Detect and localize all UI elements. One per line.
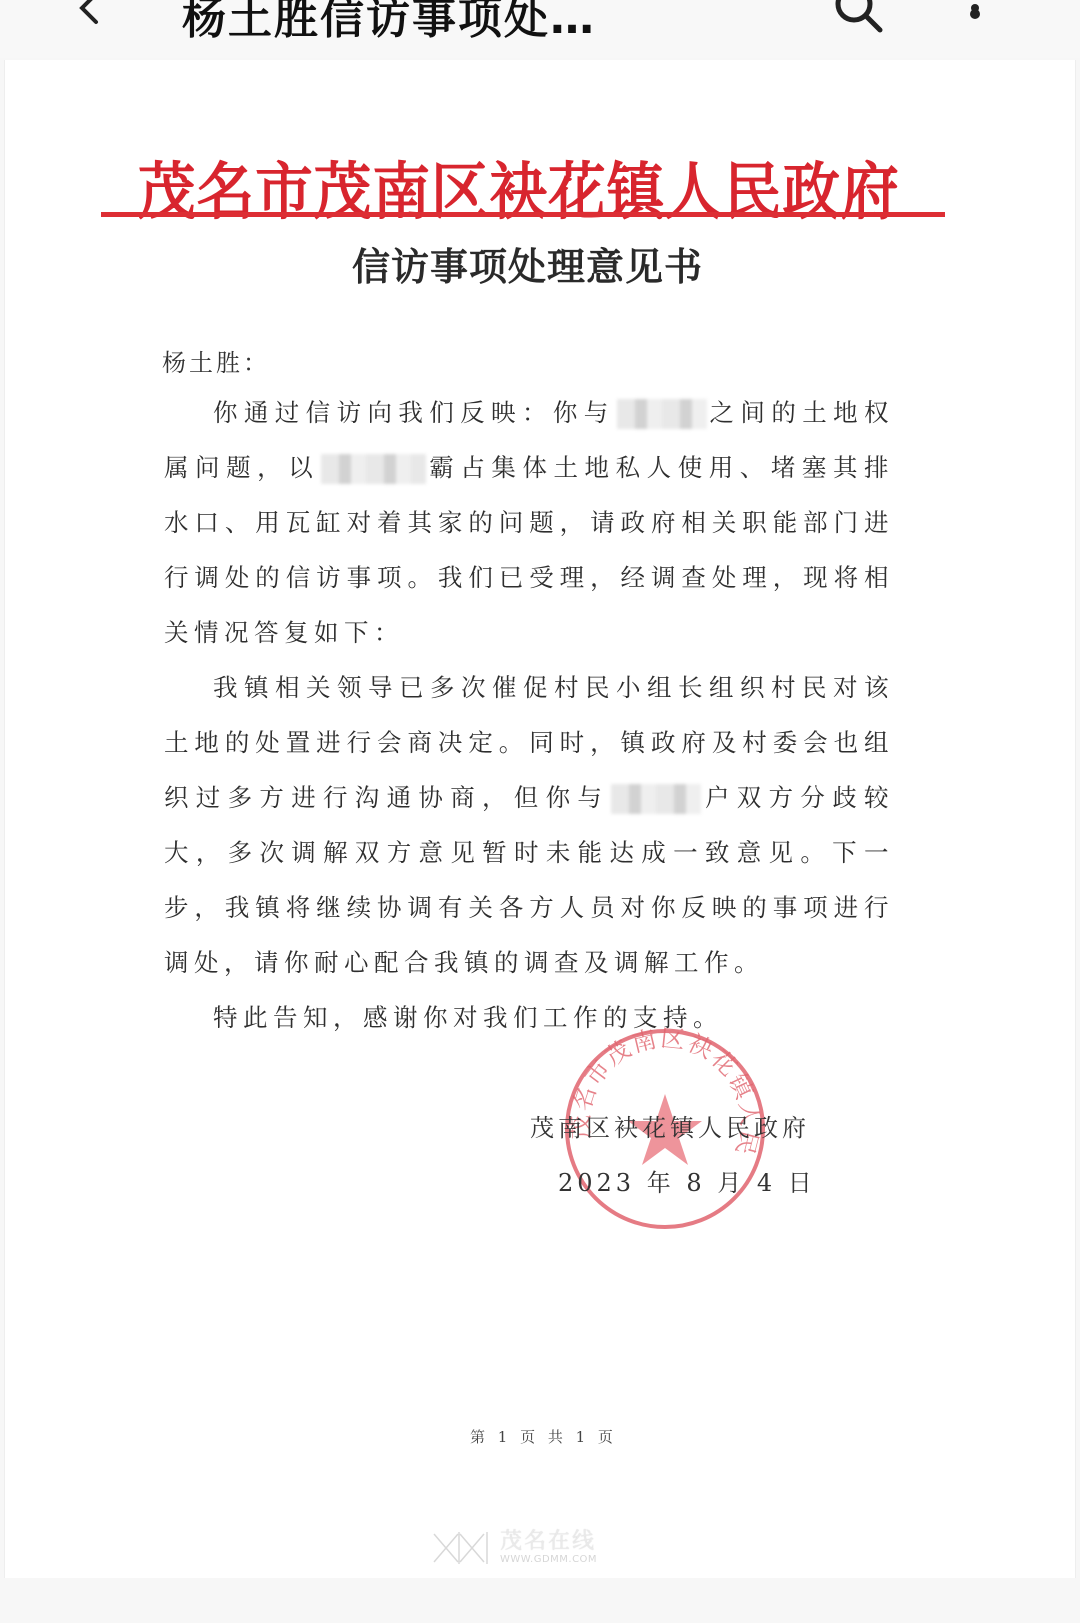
paragraph-2: 我镇相关领导已多次催促村民小组长组织村民对该土地的处置进行会商决定。同时，镇政府… [164, 660, 894, 990]
back-arrow-icon[interactable] [70, 0, 110, 28]
page-number: 第 1 页 共 1 页 [470, 1426, 617, 1447]
watermark-logo-icon [430, 1530, 490, 1566]
letter-body: 你通过信访向我们反映：你与之间的土地权属问题，以霸占集体土地私人使用、堵塞其排水… [164, 385, 894, 1045]
signatory: 茂南区袂花镇人民政府 [530, 1108, 810, 1143]
paragraph-1: 你通过信访向我们反映：你与之间的土地权属问题，以霸占集体土地私人使用、堵塞其排水… [164, 385, 894, 660]
redacted-name [321, 454, 426, 484]
more-vertical-icon[interactable] [960, 0, 990, 40]
redacted-name [611, 784, 701, 814]
watermark-url: WWW.GDMM.COM [500, 1554, 597, 1566]
paragraph-3: 特此告知，感谢你对我们工作的支持。 [164, 990, 894, 1045]
page-title: 杨土胜信访事项处… [182, 0, 596, 46]
redacted-name [617, 399, 707, 429]
issue-date: 2023 年 8 月 4 日 [558, 1163, 816, 1198]
document-title: 信访事项处理意见书 [352, 236, 703, 291]
watermark: 茂名在线 WWW.GDMM.COM [430, 1528, 630, 1568]
app-bar: 杨土胜信访事项处… [0, 0, 1080, 58]
watermark-name: 茂名在线 [500, 1530, 596, 1554]
letterhead: 茂名市茂南区袂花镇人民政府 [138, 142, 882, 231]
search-icon[interactable] [830, 0, 890, 40]
letterhead-divider [101, 212, 945, 217]
salutation: 杨土胜： [162, 343, 270, 378]
